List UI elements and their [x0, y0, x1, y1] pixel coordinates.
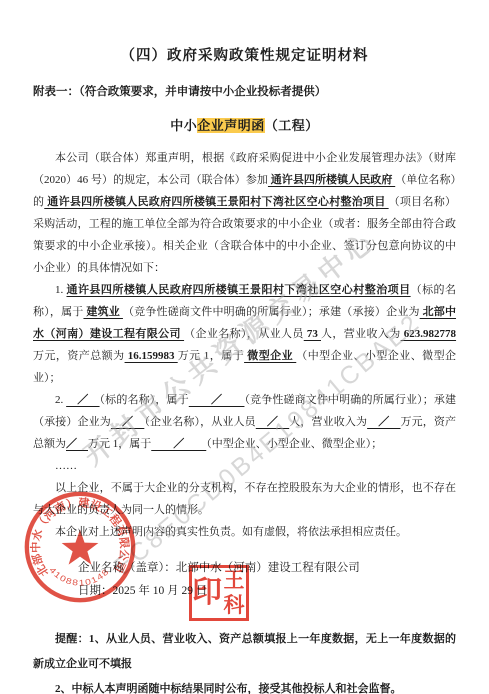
filled-value: 微型企业 [244, 350, 296, 362]
filled-value: ／ [189, 394, 245, 406]
text-run: （中型企业、小型企业、微型企业）； [206, 438, 382, 450]
text-run: （竞争性磋商文件中明确的所属行业）；承建（承接）企业为 [123, 306, 420, 318]
seal-char-wang: 王 [222, 568, 246, 593]
para-reminder-2: 2、中标人本声明函随中标结果同时公布，接受其他投标人和社会监督。 [33, 677, 456, 694]
personal-name-seal: 印 王 科 [189, 565, 249, 621]
seal-name-column: 王 科 [222, 568, 246, 618]
text-run: 1. [55, 284, 66, 296]
text-run: …… [55, 460, 77, 472]
letter-title-post: （工程） [265, 118, 319, 133]
text-run: （企业名称），从业人员 [144, 416, 255, 428]
form-note: 附表一：（符合政策要求，并申请按中小企业投标者提供） [33, 83, 456, 101]
letter-title-highlight: 企业声明函 [197, 118, 265, 133]
svg-text:4108810148: 4108810148 [47, 565, 111, 587]
filled-value: ／ [151, 438, 206, 450]
text-run: 人，营业收入为 [321, 328, 401, 340]
filled-value: 通许县四所楼镇人民政府四所楼镇王景阳村下湾社区空心村整治项目 [44, 196, 388, 208]
seal-number-text: 4108810148 [47, 565, 111, 587]
filled-value: ／ [66, 394, 99, 406]
document-page: （四）政府采购政策性规定证明材料 附表一：（符合政策要求，并申请按中小企业投标者… [0, 0, 489, 694]
body-text: 本公司（联合体）郑重声明，根据《政府采购促进中小企业发展管理办法》（财库（202… [33, 147, 456, 543]
reminder-block: 提醒：1、从业人员、营业收入、资产总额填报上一年度数据，无上一年度数据的新成立企… [33, 627, 456, 694]
para-reminder-1: 提醒：1、从业人员、营业收入、资产总额填报上一年度数据，无上一年度数据的新成立企… [33, 627, 456, 677]
para-item-2: 2. ／ （标的名称），属于 ／ （竞争性磋商文件中明确的所属行业）；承建（承接… [33, 389, 456, 455]
filled-value: ／ [256, 416, 289, 428]
document-title: （四）政府采购政策性规定证明材料 [33, 46, 456, 66]
filled-value: ／ [367, 416, 400, 428]
text-run: 万元 1，属于 [88, 438, 151, 450]
text-run: （企业名称），从业人员 [184, 328, 304, 340]
text-run: 提醒：1、从业人员、营业收入、资产总额填报上一年度数据，无上一年度数据的新成立企… [33, 633, 456, 670]
filled-value: ／ [111, 416, 144, 428]
seal-star-icon [62, 530, 99, 565]
seal-char-yin: 印 [192, 568, 222, 618]
text-run: 万元 1，属于 [178, 350, 244, 362]
text-run: 2. [55, 394, 66, 406]
text-run: 人，营业收入为 [289, 416, 367, 428]
filled-value: 623.982778 [401, 328, 456, 340]
filled-value: 通许县四所楼镇人民政府四所楼镇王景阳村下湾社区空心村整治项目 [66, 284, 410, 296]
filled-value: 建筑业 [83, 306, 122, 318]
para-ellipsis: …… [33, 455, 456, 477]
company-round-seal: 北部中水（河南）建设工程有限公司 4108810148 [22, 489, 138, 605]
text-run: （标的名称），属于 [100, 394, 189, 406]
filled-value: 16.159983 [125, 350, 178, 362]
text-run: 万元，资产总额为 [33, 350, 125, 362]
filled-value: ／ [66, 438, 88, 450]
para-item-1: 1. 通许县四所楼镇人民政府四所楼镇王景阳村下湾社区空心村整治项目（标的名称），… [33, 279, 456, 389]
filled-value: 73 [304, 328, 321, 340]
para-declaration: 本公司（联合体）郑重声明，根据《政府采购促进中小企业发展管理办法》（财库（202… [33, 147, 456, 279]
letter-title-pre: 中小 [170, 118, 197, 133]
filled-value: 通许县四所楼镇人民政府 [268, 174, 395, 186]
letter-title: 中小企业声明函（工程） [33, 116, 456, 135]
seal-char-ke: 科 [222, 593, 246, 618]
text-run: 2、中标人本声明函随中标结果同时公布，接受其他投标人和社会监督。 [55, 683, 402, 694]
